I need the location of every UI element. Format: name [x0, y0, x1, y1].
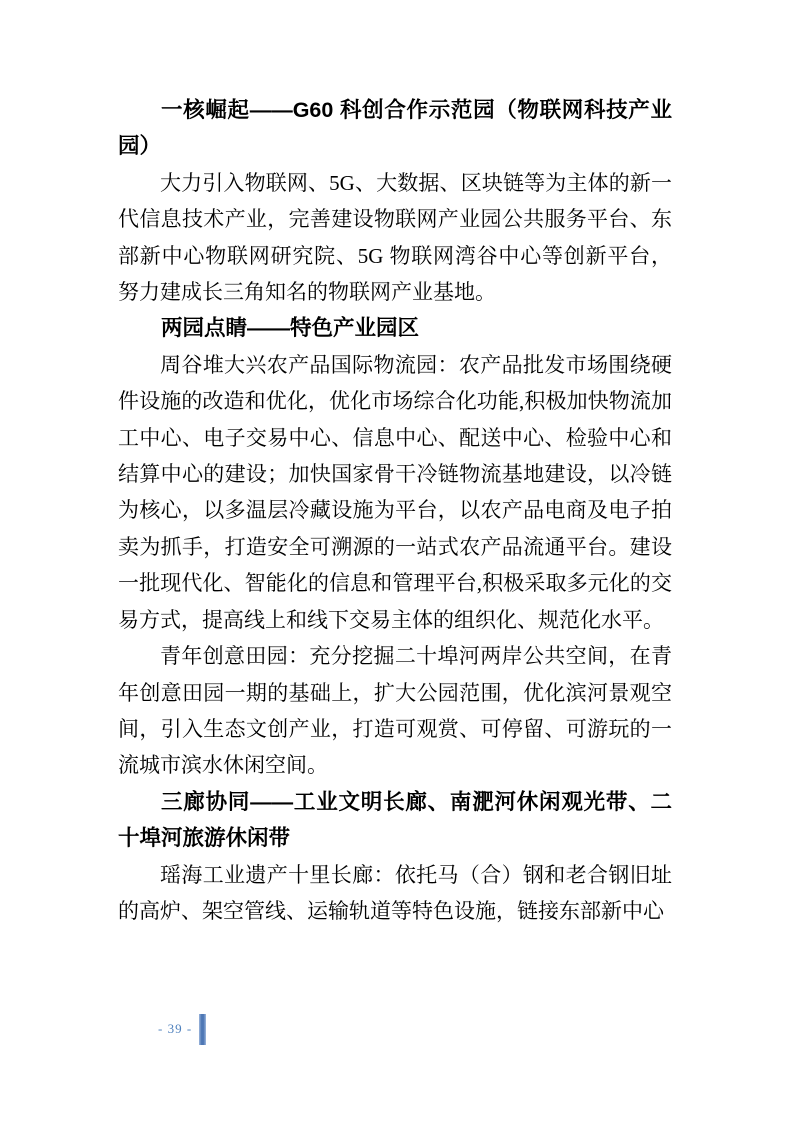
section-heading-one-core: 一核崛起——G60 科创合作示范园（物联网科技产业园） [118, 92, 672, 165]
body-paragraph-iot: 大力引入物联网、5G、大数据、区块链等为主体的新一代信息技术产业，完善建设物联网… [118, 165, 672, 311]
body-paragraph-youth-park: 青年创意田园：充分挖掘二十埠河两岸公共空间，在青年创意田园一期的基础上，扩大公园… [118, 638, 672, 784]
page-number: - 39 - [158, 1021, 192, 1037]
section-heading-three-corridors: 三廊协同——工业文明长廊、南淝河休闲观光带、二十埠河旅游休闲带 [118, 784, 672, 857]
page-footer: - 39 - [158, 1012, 206, 1046]
section-heading-two-parks: 两园点睛——特色产业园区 [118, 310, 672, 346]
footer-accent-bar [199, 1014, 206, 1045]
body-paragraph-industrial-corridor: 瑶海工业遗产十里长廊：依托马（合）钢和老合钢旧址的高炉、架空管线、运输轨道等特色… [118, 857, 672, 930]
document-body: 一核崛起——G60 科创合作示范园（物联网科技产业园） 大力引入物联网、5G、大… [118, 92, 672, 929]
body-paragraph-logistics-park: 周谷堆大兴农产品国际物流园：农产品批发市场围绕硬件设施的改造和优化，优化市场综合… [118, 347, 672, 638]
document-page: 一核崛起——G60 科创合作示范园（物联网科技产业园） 大力引入物联网、5G、大… [0, 0, 793, 1122]
